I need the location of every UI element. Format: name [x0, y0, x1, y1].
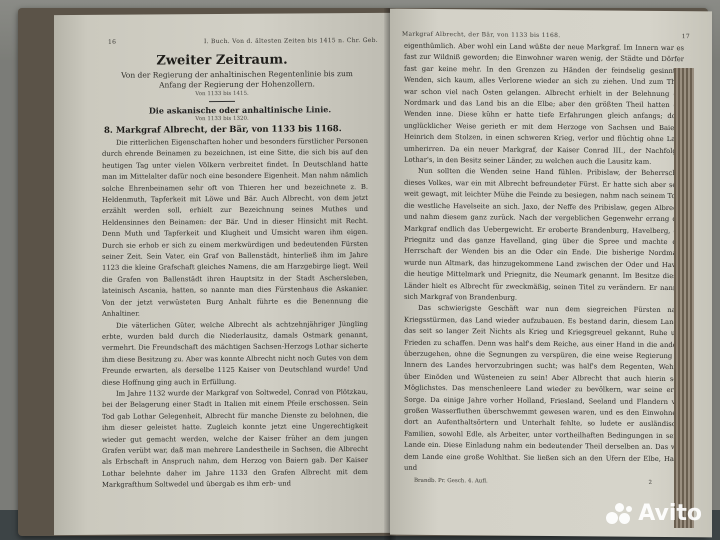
divider	[209, 101, 235, 102]
chapter-title: Zweiter Zeitraum.	[54, 52, 390, 69]
avito-watermark: Avito	[606, 501, 702, 526]
paragraph: eigenthümlich. Aber wohl ein Land wüßte …	[404, 41, 684, 169]
right-running-head: Markgraf Albrecht, der Bär, von 1133 bis…	[402, 31, 690, 41]
section-dates: Von 1133 bis 1320.	[54, 115, 390, 123]
avito-logo-icon	[606, 503, 632, 525]
paragraph: Die väterlichen Güter, welche Albrecht a…	[102, 318, 368, 388]
paragraph: Nun sollten die Wenden seine Hand fühlen…	[404, 166, 684, 305]
paragraph: Die ritterlichen Eigenschaften hoher und…	[102, 136, 368, 320]
right-body-text: eigenthümlich. Aber wohl ein Land wüßte …	[404, 41, 684, 477]
right-page-number: 17	[682, 33, 690, 40]
left-page-number: 16	[108, 39, 116, 46]
page-footer: Brandb. Pr. Gesch. 4. Aufl. 2	[414, 478, 652, 486]
article-heading: 8. Markgraf Albrecht, der Bär, von 1133 …	[104, 124, 370, 136]
footer-signature: Brandb. Pr. Gesch. 4. Aufl.	[414, 478, 488, 485]
chapter-dates: Von 1133 bis 1415.	[54, 90, 390, 98]
left-running-head: 16 I. Buch. Von d. ältesten Zeiten bis 1…	[108, 37, 378, 46]
page-edges	[674, 68, 694, 528]
chapter-subtitle: Von der Regierung der anhaltinischen Reg…	[114, 69, 360, 91]
right-running-head-text: Markgraf Albrecht, der Bär, von 1133 bis…	[402, 31, 560, 39]
right-page: Markgraf Albrecht, der Bär, von 1133 bis…	[390, 9, 712, 538]
section-title: Die askanische oder anhaltinische Linie.	[110, 104, 370, 116]
book-cover: 16 I. Buch. Von d. ältesten Zeiten bis 1…	[18, 8, 708, 536]
left-body-text: Die ritterlichen Eigenschaften hoher und…	[102, 136, 368, 491]
left-running-head-text: I. Buch. Von d. ältesten Zeiten bis 1415…	[204, 37, 378, 45]
signature-mark: 2	[649, 480, 653, 486]
paragraph: Im Jahre 1132 wurde der Markgraf von Sol…	[102, 387, 368, 492]
paragraph: Das schwierigste Geschäft war nun dem si…	[404, 303, 684, 477]
left-page: 16 I. Buch. Von d. ältesten Zeiten bis 1…	[54, 13, 390, 535]
watermark-text: Avito	[638, 501, 702, 526]
